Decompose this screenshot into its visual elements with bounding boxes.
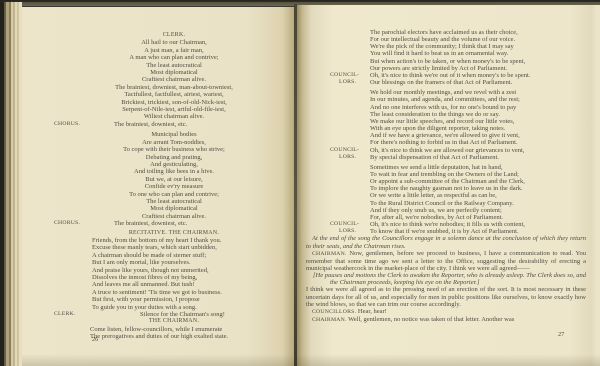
councillors-song-stanza-3: Sometimes we send a little deputation, h… — [370, 164, 586, 221]
verse-line: And leaves me all unmanned. But tush! — [92, 281, 294, 288]
verse-line: You will find it hard to beat us in an o… — [370, 50, 586, 57]
verse-line: And if we have a grievance, we're allowe… — [370, 132, 586, 139]
verse-line: Are arrant Tom-noddies, — [54, 139, 294, 146]
refrain-lines: Oh, it's nice to think we are allowed ou… — [370, 147, 586, 161]
chairman-speech: CHAIRMAN. Now, gentlemen, before we proc… — [306, 250, 586, 272]
councillors-interjection: COUNCILLORS. Hear, hear! — [306, 308, 586, 316]
book-gutter — [294, 4, 297, 366]
verse-line: A man who can plan and contrive; — [54, 54, 294, 61]
page-bottom-shadow — [22, 354, 296, 366]
speaker-label-councillors: COUNCIL- LORS. — [330, 221, 370, 235]
verse-line: Or we write a little letter, as respectf… — [370, 192, 586, 199]
councillors-song-stanza-1: The parochial electors have acclaimed us… — [370, 29, 586, 72]
verse-line: The prerogatives and duties of our high … — [90, 333, 294, 340]
verse-line: Or appoint a sub-committee of the Chairm… — [370, 178, 586, 185]
verse-line: A truce to sentiment! 'Tis time we got t… — [92, 289, 294, 296]
chairman-closing-line: CHAIRMAN. Well, gentlemen, no notice was… — [306, 316, 586, 324]
verse-line: Craftiest chairman alive. — [54, 76, 294, 83]
verse-line: To guide you in your duties with a song. — [92, 304, 294, 311]
left-page: CLERK. All hail to our Chairman,A just m… — [22, 7, 296, 366]
verse-line: The parochial electors have acclaimed us… — [370, 29, 586, 36]
book-photo: CLERK. All hail to our Chairman,A just m… — [0, 0, 600, 366]
verse-line: To the Rural District Council or the Rai… — [370, 200, 586, 207]
speaker-label-chorus: CHORUS. — [54, 220, 80, 227]
verse-line: But when action's to be taken, or when m… — [370, 58, 586, 65]
page-number-right: 27 — [558, 331, 564, 338]
verse-line: Oh, it's nice to think we're nobodies; i… — [370, 221, 586, 228]
chairman-song-intro: Come listen, fellow-councillors, while I… — [90, 326, 294, 341]
book-page-stack-edge — [0, 2, 22, 366]
verse-line: And if they only snub us, we are perfect… — [370, 207, 586, 214]
verse-line: Oh, it's nice to think we are allowed ou… — [370, 147, 586, 154]
verse-line: We're the pick of the community; I think… — [370, 43, 586, 50]
verse-line: To implore the naughty gasman not to lea… — [370, 185, 586, 192]
chorus-row: CHORUS. The brainiest, downiest, etc. — [54, 121, 294, 128]
verse-line: And gesticulating, — [54, 161, 294, 168]
clerk-row: CLERK. Silence for the Chairman's song! — [54, 311, 294, 318]
clerk-song-stanza: All hail to our Chairman,A just man, a f… — [54, 39, 294, 120]
verse-line: To wait in fear and trembling on the Own… — [370, 171, 586, 178]
verse-line: In our minutes, and agenda, and committe… — [370, 96, 586, 103]
verse-line: And praise like yours, though not unmeri… — [92, 267, 294, 274]
verse-line: Municipal bodies — [54, 131, 294, 138]
stage-direction: At the end of the song the Councillors e… — [306, 235, 586, 249]
chorus-line: The brainiest, downiest, etc. — [114, 121, 294, 128]
verse-line: A just man, a fair man, — [54, 47, 294, 54]
verse-line: And no one interferes with us, for no on… — [370, 104, 586, 111]
verse-line: The least consideration to the things we… — [370, 111, 586, 118]
right-page-text: The parochial electors have acclaimed us… — [306, 29, 586, 324]
refrain-1: COUNCIL- LORS. Oh, it's nice to think we… — [370, 72, 586, 86]
verse-line: The brainiest, downiest, man-about-towni… — [54, 84, 294, 91]
right-page: The parochial electors have acclaimed us… — [296, 5, 600, 366]
chorus-row-2: CHORUS. The brainiest, downiest, etc. — [54, 220, 294, 227]
verse-line: The least autocratical — [54, 62, 294, 69]
verse-line: Wiliest chairman alive. — [54, 113, 294, 120]
verse-line: Debating and prating, — [54, 154, 294, 161]
recitative-stanza: Friends, from the bottom of my heart I t… — [92, 237, 294, 311]
verse-line: To know that if we're snubbed, it is by … — [370, 228, 586, 235]
verse-line: Excuse these manly tears, which start un… — [92, 244, 294, 251]
bracketed-stage-direction: [He pauses and motions the Clerk to awak… — [306, 272, 586, 286]
verse-line: Craftiest chairman alive. — [54, 213, 294, 220]
speech-heading-recitative: RECITATIVE. THE CHAIRMAN. — [54, 230, 294, 237]
speaker-label-councillors: COUNCIL- LORS. — [330, 72, 370, 86]
verse-line: To cope with their business who strive; — [54, 146, 294, 153]
verse-line: Confide ev'ry measure — [54, 183, 294, 190]
verse-line: Our blessings on the framers of that Act… — [370, 79, 586, 86]
verse-line: A chairman should be made of sterner stu… — [92, 252, 294, 259]
verse-line: Tactfullest, factfullest, airiest, warie… — [54, 91, 294, 98]
verse-line: For our intellectual beauty and the volu… — [370, 36, 586, 43]
verse-line: But first, with your permission, I propo… — [92, 296, 294, 303]
chairman-speech-continuation: I think we were all agreed as to the pre… — [306, 286, 586, 307]
verse-line: Sometimes we send a little deputation, h… — [370, 164, 586, 171]
speech-text: Well, gentlemen, no notice was taken of … — [348, 316, 514, 323]
verse-line: Most diplomatical — [54, 69, 294, 76]
chorus-line: The brainiest, downiest, etc. — [114, 220, 294, 227]
left-page-text: CLERK. All hail to our Chairman,A just m… — [54, 32, 294, 341]
verse-line: But we, at our leisure, — [54, 176, 294, 183]
verse-line: For there's nothing to forbid us in that… — [370, 139, 586, 146]
refrain-2: COUNCIL- LORS. Oh, it's nice to think we… — [370, 147, 586, 161]
verse-line: But I am only mortal, like yourselves. — [92, 259, 294, 266]
verse-line: The least autocratical — [54, 198, 294, 205]
verse-line: And toiling like bees in a hive. — [54, 168, 294, 175]
speech-text: Hear, hear! — [358, 308, 387, 315]
verse-line: We make our little speeches, and record … — [370, 118, 586, 125]
speaker-label-chairman: CHAIRMAN. — [312, 251, 347, 257]
verse-line: With an eye upon the diligent reporter, … — [370, 125, 586, 132]
speaker-label-chorus: CHORUS. — [54, 121, 80, 128]
verse-line: Serpent-of-Nile-iest, artful-old-file-ie… — [54, 106, 294, 113]
speech-heading-clerk: CLERK. — [54, 32, 294, 39]
speech-heading-chairman: THE CHAIRMAN. — [54, 318, 294, 325]
verse-line: For, after all, we're nobodies, by Act o… — [370, 214, 586, 221]
verse-line: Dissolves the inmost fibres of my being, — [92, 274, 294, 281]
verse-line: Most diplomatical — [54, 205, 294, 212]
refrain-lines: Oh, it's nice to think we're out of it w… — [370, 72, 586, 86]
clerk-song-stanza-2: Municipal bodiesAre arrant Tom-noddies,T… — [54, 131, 294, 220]
speaker-label-councillors: COUNCILLORS. — [312, 309, 356, 315]
verse-line: Our powers are strictly limited by Act o… — [370, 65, 586, 72]
verse-line: Come listen, fellow-councillors, while I… — [90, 326, 294, 333]
speech-text: Now, gentlemen, before we proceed to bus… — [306, 250, 586, 272]
speaker-label-councillors: COUNCIL- LORS. — [330, 147, 370, 161]
verse-line: Oh, it's nice to think we're out of it w… — [370, 72, 586, 79]
verse-line: Friends, from the bottom of my heart I t… — [92, 237, 294, 244]
verse-line: Brickiest, trickiest, son-of-old-Nick-ie… — [54, 99, 294, 106]
refrain-lines: Oh, it's nice to think we're nobodies; i… — [370, 221, 586, 235]
verse-line: We hold our monthly meetings, and we rev… — [370, 89, 586, 96]
councillors-song-stanza-2: We hold our monthly meetings, and we rev… — [370, 89, 586, 146]
verse-line: To one who can plan and contrive; — [54, 191, 294, 198]
speaker-label-clerk: CLERK. — [54, 311, 76, 318]
page-bottom-shadow — [296, 354, 600, 366]
page-number-left: 26 — [92, 336, 98, 343]
speaker-label-chairman: CHAIRMAN. — [312, 317, 347, 323]
clerk-line: Silence for the Chairman's song! — [140, 311, 294, 318]
refrain-3: COUNCIL- LORS. Oh, it's nice to think we… — [370, 221, 586, 235]
verse-line: By special dispensation of that Act of P… — [370, 154, 586, 161]
verse-line: All hail to our Chairman, — [54, 39, 294, 46]
